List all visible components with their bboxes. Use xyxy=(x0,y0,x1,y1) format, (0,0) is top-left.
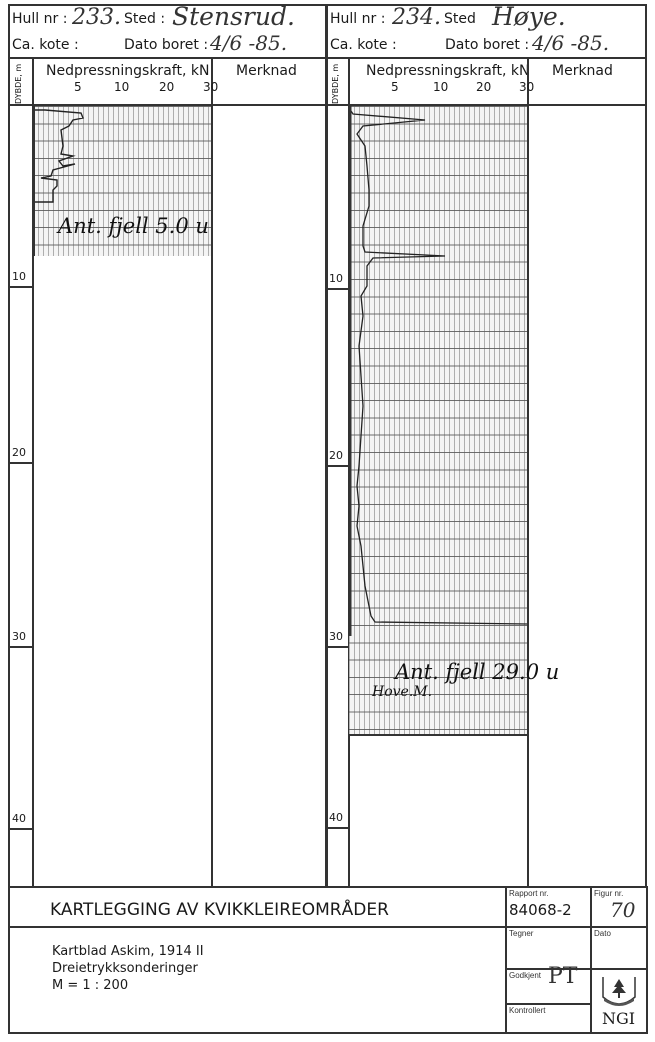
sted-value: Høye. xyxy=(492,2,566,31)
force-tick: 5 xyxy=(74,80,82,94)
depth-tick-line xyxy=(8,286,33,288)
kontrollert-label: Kontrollert xyxy=(509,1006,545,1015)
title-block-divider xyxy=(505,886,507,1034)
method: Dreietrykksonderinger xyxy=(52,961,198,976)
dato-label: Dato boret : xyxy=(445,37,529,53)
dato-value: 4/6 -85. xyxy=(210,31,287,55)
sted-label: Sted xyxy=(444,11,476,27)
depth-tick: 40 xyxy=(12,812,26,825)
depth-tick: 10 xyxy=(12,270,26,283)
title-block-row xyxy=(505,926,647,928)
force-tick: 5 xyxy=(391,80,399,94)
kote-label: Ca. kote : xyxy=(12,37,79,53)
header-divider xyxy=(325,57,647,59)
force-tick: 10 xyxy=(114,80,129,94)
depth-tick: 40 xyxy=(329,811,343,824)
godkjent-label: Godkjent xyxy=(509,971,541,980)
dato-value: 4/6 -85. xyxy=(532,31,609,55)
depth-tick-line xyxy=(8,828,33,830)
rock-annotation: Ant. fjell 29.0 u xyxy=(395,660,559,684)
force-depth-curve xyxy=(349,106,527,636)
force-axis-label: Nedpressningskraft, kN xyxy=(366,63,529,79)
rapport-label: Rapport nr. xyxy=(509,889,549,898)
force-depth-curve xyxy=(33,106,211,266)
force-tick: 20 xyxy=(159,80,174,94)
kote-label: Ca. kote : xyxy=(330,37,397,53)
merknad-column-divider xyxy=(211,57,213,888)
map-sheet: Kartblad Askim, 1914 II xyxy=(52,944,204,959)
operator-annotation: Hove.M. xyxy=(372,684,432,700)
depth-axis-label: DYBDE, m xyxy=(331,64,340,104)
merknad-column-divider xyxy=(527,57,529,888)
title-block-row xyxy=(505,1003,591,1005)
depth-tick: 30 xyxy=(12,630,26,643)
force-tick: 20 xyxy=(476,80,491,94)
sted-label: Sted : xyxy=(124,11,165,27)
title-block-divider xyxy=(590,886,592,1034)
force-tick: 30 xyxy=(519,80,534,94)
title-divider xyxy=(8,926,506,928)
ngi-logo: NGI xyxy=(600,975,638,1031)
depth-tick: 30 xyxy=(329,630,343,643)
hull-number: 233. xyxy=(72,5,121,30)
rapport-number: 84068-2 xyxy=(509,901,572,919)
tegner-label: Tegner xyxy=(509,929,533,938)
depth-tick: 20 xyxy=(12,446,26,459)
tree-icon xyxy=(601,975,637,1011)
force-axis-label: Nedpressningskraft, kN xyxy=(46,63,209,79)
figur-number: 70 xyxy=(610,898,635,922)
project-title: KARTLEGGING AV KVIKKLEIREOMRÅDER xyxy=(50,900,389,920)
hull-label: Hull nr : xyxy=(330,11,385,27)
ngi-logo-text: NGI xyxy=(602,1009,635,1028)
hull-number: 234. xyxy=(392,5,441,30)
dato-label: Dato boret : xyxy=(124,37,208,53)
header-divider xyxy=(8,57,328,59)
depth-tick-line xyxy=(325,646,349,648)
scale: M = 1 : 200 xyxy=(52,978,128,993)
force-tick: 30 xyxy=(203,80,218,94)
depth-axis-label: DYBDE, m xyxy=(14,64,23,104)
depth-tick: 20 xyxy=(329,449,343,462)
depth-tick: 10 xyxy=(329,272,343,285)
depth-tick-line xyxy=(325,465,349,467)
grid-bottom-line xyxy=(349,734,527,736)
force-tick: 10 xyxy=(433,80,448,94)
merknad-label: Merknad xyxy=(552,63,613,79)
depth-tick-line xyxy=(8,646,33,648)
depth-tick-line xyxy=(325,288,349,290)
depth-tick-line xyxy=(8,462,33,464)
merknad-label: Merknad xyxy=(236,63,297,79)
depth-tick-line xyxy=(325,827,349,829)
godkjent-initials: PT xyxy=(548,964,577,989)
sted-value: Stensrud. xyxy=(172,2,295,31)
hull-label: Hull nr : xyxy=(12,11,67,27)
dato-label: Dato xyxy=(594,929,611,938)
figur-label: Figur nr. xyxy=(594,889,623,898)
rock-annotation: Ant. fjell 5.0 u xyxy=(58,214,209,238)
